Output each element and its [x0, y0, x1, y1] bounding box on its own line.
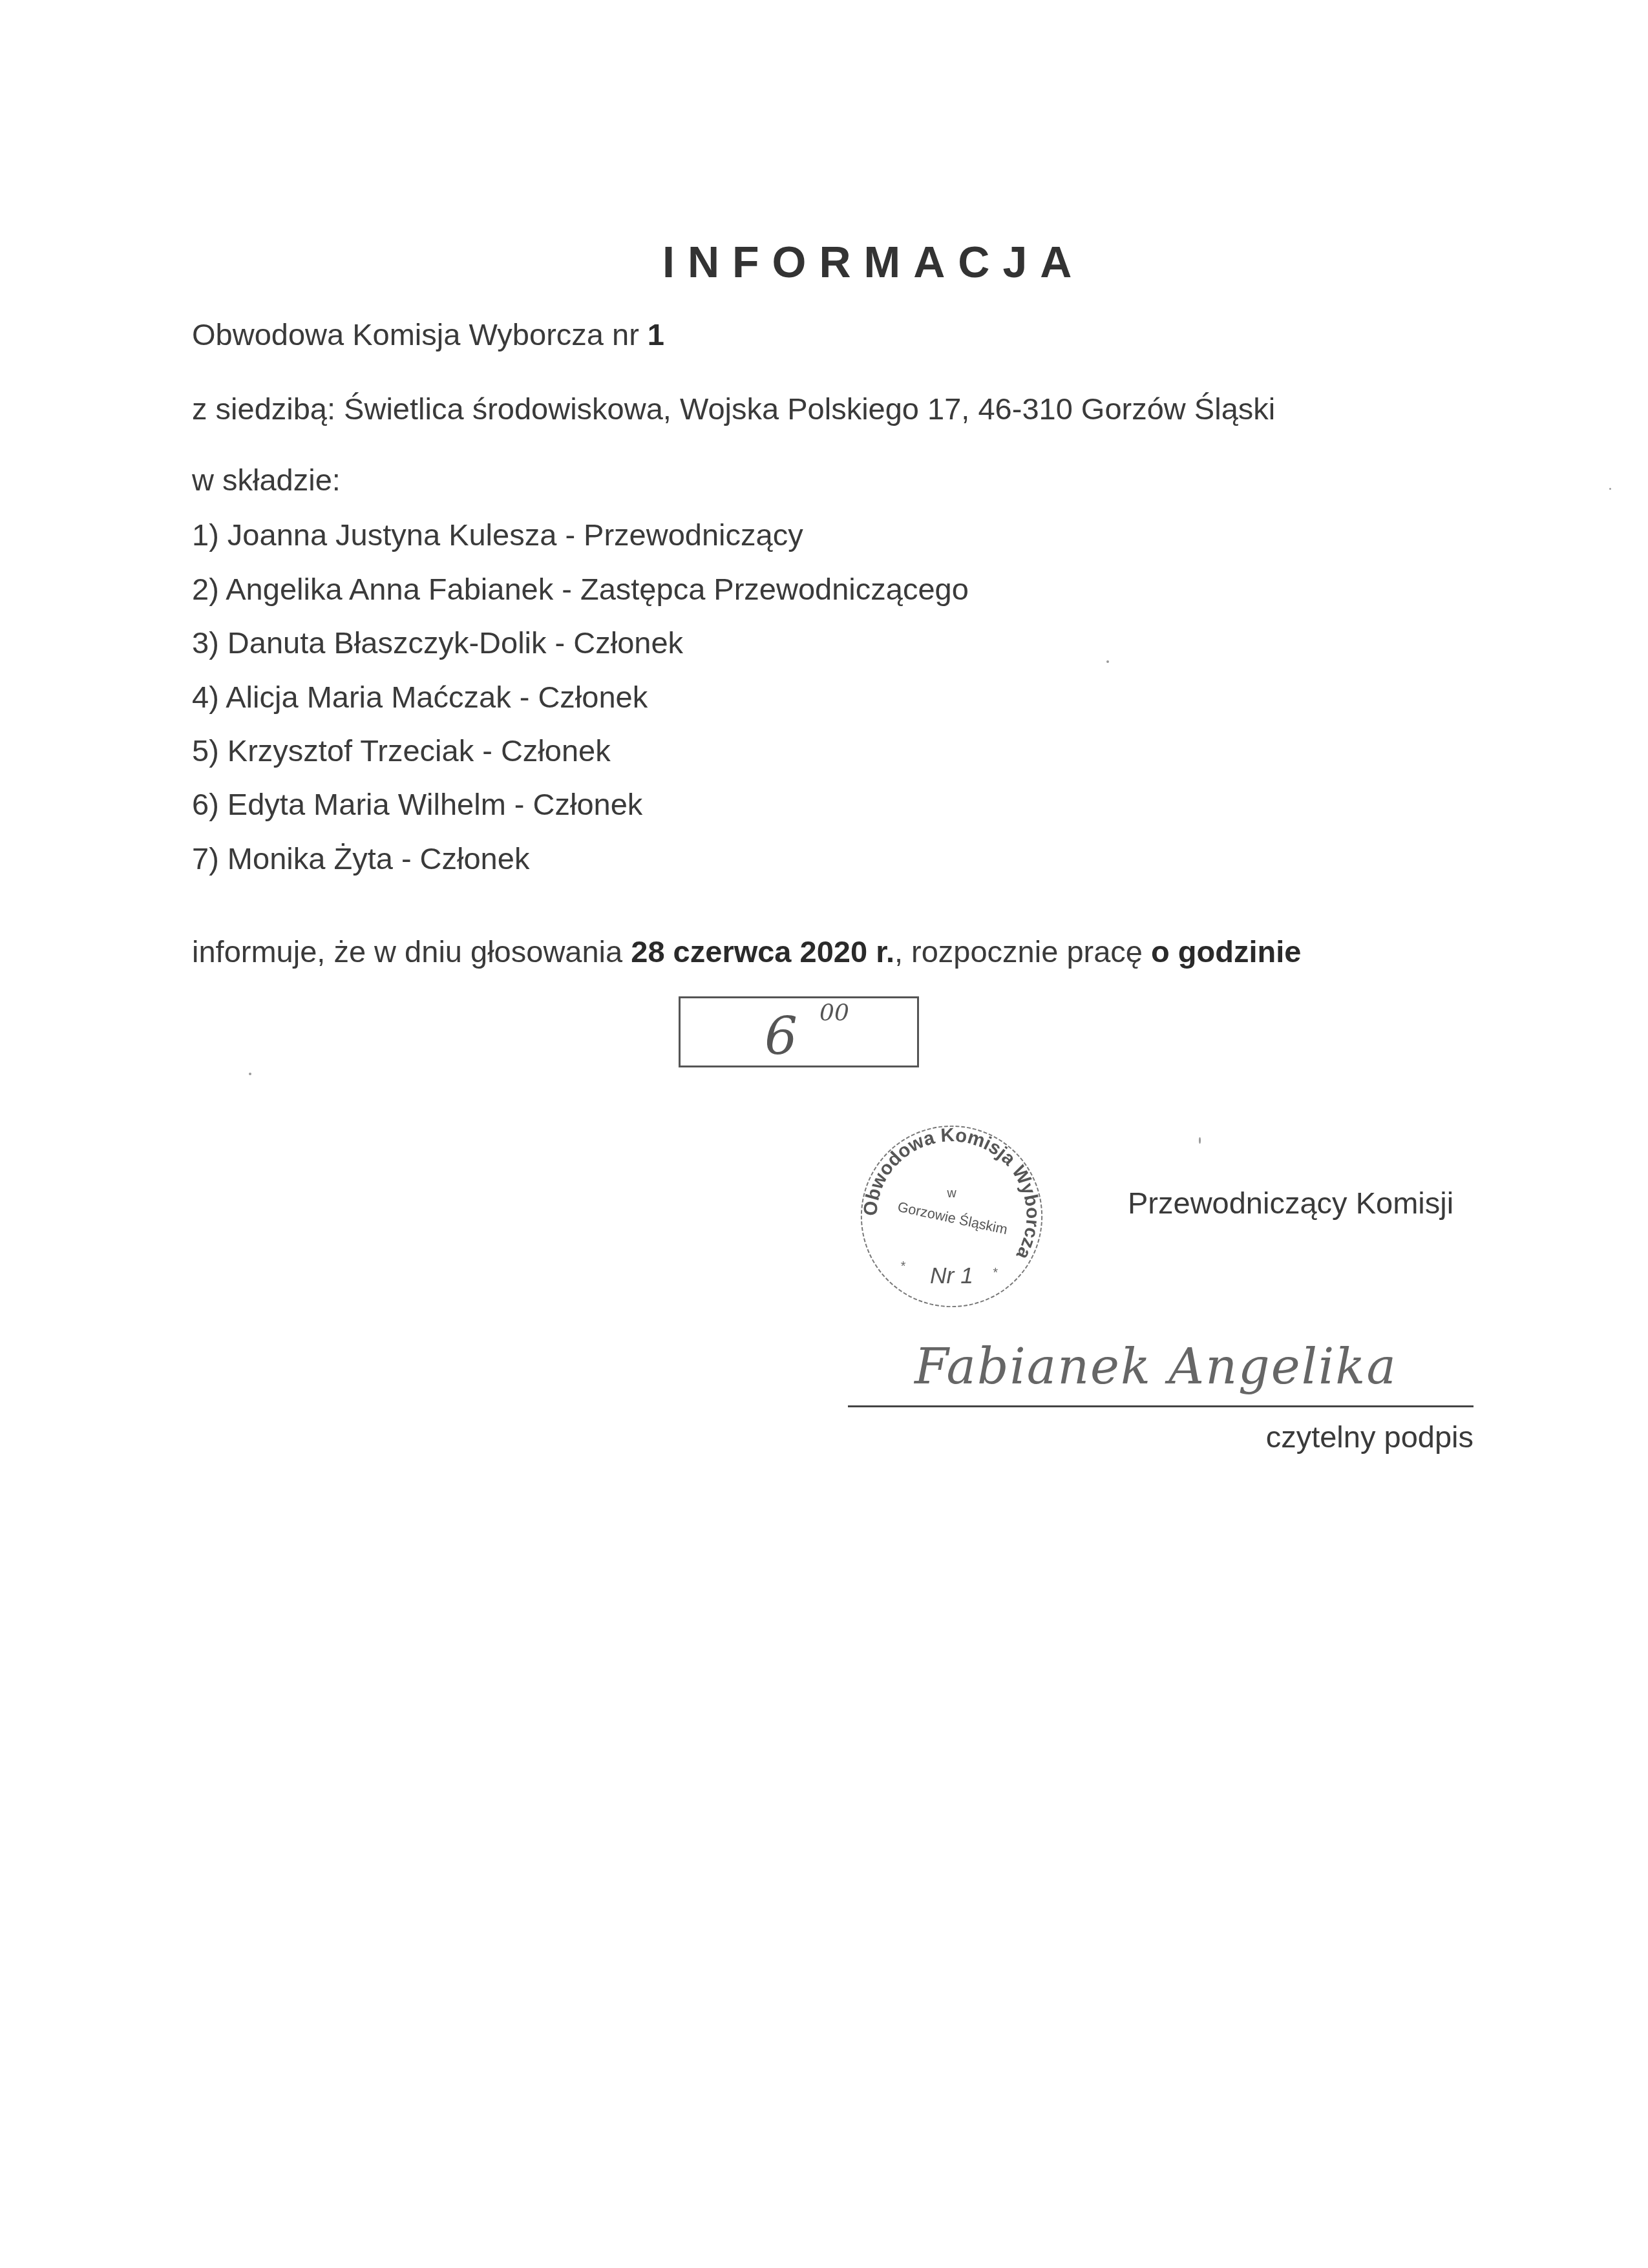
- stamp-number: Nr 1: [930, 1263, 973, 1288]
- committee-seat: z siedzibą: Świetlica środowiskowa, Wojs…: [192, 394, 1275, 424]
- member-list-item: 2) Angelika Anna Fabianek - Zastępca Prz…: [192, 574, 969, 604]
- start-time-hour: 6: [765, 1006, 798, 1066]
- committee-name: Obwodowa Komisja Wyborcza nr 1: [192, 319, 664, 350]
- committee-prefix: Obwodowa Komisja Wyborcza nr: [192, 317, 648, 352]
- signatory-role: Przewodniczący Komisji: [1128, 1188, 1453, 1218]
- svg-text:*: *: [901, 1259, 906, 1274]
- member-list-item: 6) Edyta Maria Wilhelm - Członek: [192, 789, 642, 819]
- voting-date: 28 czerwca 2020 r.: [631, 934, 894, 969]
- start-time-box: 6 00: [679, 996, 919, 1067]
- notice-part3: o godzinie: [1151, 934, 1301, 969]
- committee-stamp: Obwodowa Komisja Wyborcza w Gorzowie Ślą…: [856, 1121, 1047, 1312]
- signature-caption: czytelny podpis: [1266, 1422, 1474, 1452]
- notice-part1: informuje, że w dniu głosowania: [192, 934, 631, 969]
- notice-part2: , rozpocznie pracę: [894, 934, 1151, 969]
- member-list-item: 3) Danuta Błaszczyk-Dolik - Członek: [192, 627, 683, 658]
- member-list-item: 5) Krzysztof Trzeciak - Członek: [192, 735, 611, 766]
- member-list-item: 1) Joanna Justyna Kulesza - Przewodniczą…: [192, 520, 803, 550]
- member-list-item: 4) Alicja Maria Maćczak - Członek: [192, 682, 648, 712]
- signature-line: [848, 1405, 1474, 1407]
- handwritten-signature: Fabianek Angelika: [914, 1338, 1397, 1395]
- document-page: INFORMACJA Obwodowa Komisja Wyborcza nr …: [0, 0, 1648, 2268]
- voting-notice: informuje, że w dniu głosowania 28 czerw…: [192, 936, 1301, 967]
- member-list-item: 7) Monika Żyta - Członek: [192, 843, 529, 874]
- committee-number: 1: [648, 317, 664, 352]
- svg-text:*: *: [993, 1266, 998, 1280]
- composition-label: w składzie:: [192, 465, 341, 495]
- start-time-minutes: 00: [819, 1000, 849, 1026]
- stamp-center-line1: w: [946, 1186, 956, 1201]
- stamp-center-line2: Gorzowie Śląskim: [896, 1199, 1009, 1237]
- document-title: INFORMACJA: [662, 240, 1084, 284]
